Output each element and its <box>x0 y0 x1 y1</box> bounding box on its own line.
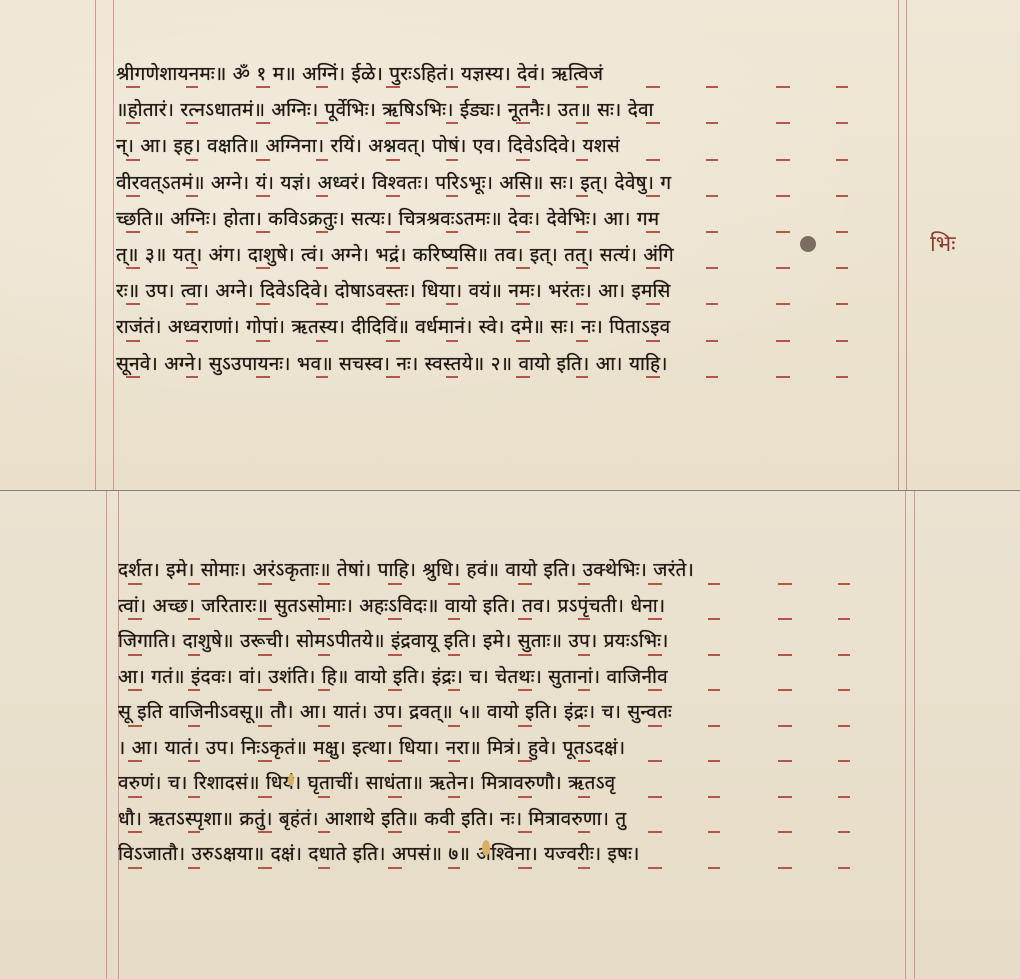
folio-top: श्रीगणेशायनमः॥ ॐ १ म॥ अग्निं। ईळे। पुरःऽ… <box>0 0 1020 491</box>
text-line: । आ। यातं। उप। निःऽकृतं॥ मक्षु। इत्था। ध… <box>118 731 908 767</box>
paper-stain <box>288 774 294 786</box>
text-line: वरुणं। च। रिशादसं॥ धियं। घृताचीं। साधंता… <box>118 766 908 802</box>
text-line: दर्शत। इमे। सोमाः। अरंऽकृताः॥ तेषां। पाह… <box>118 553 908 589</box>
ink-blot <box>800 236 816 252</box>
text-line: सू इति वाजिनीऽवसू॥ तौ। आ। यातं। उप। द्रव… <box>118 695 908 731</box>
text-line: न्। आ। इह। वक्षति॥ अग्निना। रयिं। अश्नवत… <box>116 128 906 164</box>
text-line: श्रीगणेशायनमः॥ ॐ १ म॥ अग्निं। ईळे। पुरःऽ… <box>116 56 906 92</box>
text-line: त्वां। अच्छ। जरितारः॥ सुतऽसोमाः। अहःऽविद… <box>118 589 908 625</box>
text-line: आ। गतं॥ इंदवः। वां। उशंति। हि॥ वायो इति।… <box>118 660 908 696</box>
folio-top-text: श्रीगणेशायनमः॥ ॐ १ म॥ अग्निं। ईळे। पुरःऽ… <box>116 56 906 382</box>
margin-ruling-outer-right <box>914 491 915 979</box>
margin-ruling-outer-left <box>95 0 96 490</box>
text-line: रः॥ उप। त्वा। अग्ने। दिवेऽदिवे। दोषाऽवस्… <box>116 273 906 309</box>
text-line: वीरवत्ऽतमं॥ अग्ने। यं। यज्ञं। अध्वरं। वि… <box>116 165 906 201</box>
text-line: धौ। ऋतऽस्पृशा॥ क्रतुं। बृहंतं। आशाथे इति… <box>118 802 908 838</box>
text-line: त्॥ ३॥ यत्। अंग। दाशुषे। त्वं। अग्ने। भद… <box>116 237 906 273</box>
paper-stain <box>482 840 490 856</box>
text-line: ॥होतारं। रत्नऽधातमं॥ अग्निः। पूर्वेभिः। … <box>116 92 906 128</box>
margin-ruling-inner-left <box>113 0 114 490</box>
margin-ruling-outer-right <box>906 0 907 490</box>
text-line: जिगाति। दाशुषे॥ उरूची। सोमऽपीतये॥ इंद्रव… <box>118 624 908 660</box>
text-line: सूनवे। अग्ने। सुऽउपायनः। भव॥ सचस्व। नः। … <box>116 346 906 382</box>
folio-bottom: दर्शत। इमे। सोमाः। अरंऽकृताः॥ तेषां। पाह… <box>0 491 1020 979</box>
folio-bottom-text: दर्शत। इमे। सोमाः। अरंऽकृताः॥ तेषां। पाह… <box>118 553 908 873</box>
text-line: च्छति॥ अग्निः। होता। कविऽक्रतुः। सत्यः। … <box>116 201 906 237</box>
text-line: राजंतं। अध्वराणां। गोपां। ऋतस्य। दीदिविं… <box>116 309 906 345</box>
text-line: विऽजातौ। उरुऽक्षया॥ दक्षं। दधाते इति। अप… <box>118 837 908 873</box>
margin-ruling-outer-left <box>106 491 107 979</box>
margin-annotation: भिः <box>930 228 956 258</box>
